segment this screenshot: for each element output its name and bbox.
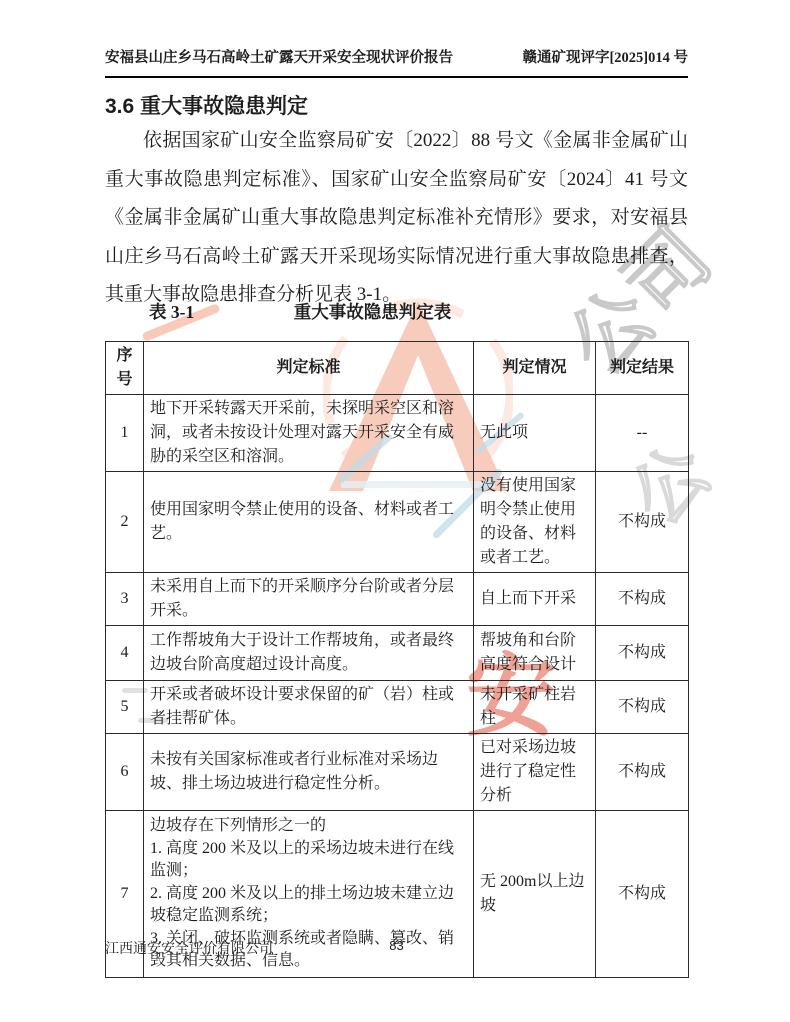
row-no: 2 bbox=[106, 472, 144, 573]
row-situation: 帮坡角和台阶高度符合设计 bbox=[474, 626, 596, 681]
hazard-judgement-table: 序号 判定标准 判定情况 判定结果 1 地下开采转露天开采前，未探明采空区和溶洞… bbox=[105, 341, 689, 978]
row-result: 不构成 bbox=[596, 681, 689, 734]
row-result: 不构成 bbox=[596, 472, 689, 573]
row-no: 1 bbox=[106, 395, 144, 472]
header-report-title: 安福县山庄乡马石高岭土矿露天开采安全现状评价报告 bbox=[105, 46, 453, 67]
page-header: 安福县山庄乡马石高岭土矿露天开采安全现状评价报告 赣通矿现评字[2025]014… bbox=[105, 46, 688, 78]
row-no: 5 bbox=[106, 681, 144, 734]
table-row: 5 开采或者破坏设计要求保留的矿（岩）柱或者挂帮矿体。 未开采矿柱岩柱 不构成 bbox=[106, 681, 689, 734]
row-situation: 自上而下开采 bbox=[474, 573, 596, 626]
row-criteria: 地下开采转露天开采前，未探明采空区和溶洞，或者未按设计处理对露天开采安全有威胁的… bbox=[144, 395, 474, 472]
row-criteria: 使用国家明令禁止使用的设备、材料或者工艺。 bbox=[144, 472, 474, 573]
section-paragraph: 依据国家矿山安全监察局矿安〔2022〕88 号文《金属非金属矿山重大事故隐患判定… bbox=[105, 122, 688, 315]
section-title: 3.6 重大事故隐患判定 bbox=[105, 90, 688, 120]
row-situation: 没有使用国家明令禁止使用的设备、材料或者工艺。 bbox=[474, 472, 596, 573]
row-criteria: 未按有关国家标准或者行业标准对采场边坡、排土场边坡进行稳定性分析。 bbox=[144, 734, 474, 811]
footer-page-number: 83 bbox=[105, 938, 688, 953]
table-row: 6 未按有关国家标准或者行业标准对采场边坡、排土场边坡进行稳定性分析。 已对采场… bbox=[106, 734, 689, 811]
row-result: 不构成 bbox=[596, 573, 689, 626]
table-row: 2 使用国家明令禁止使用的设备、材料或者工艺。 没有使用国家明令禁止使用的设备、… bbox=[106, 472, 689, 573]
table-header-row: 序号 判定标准 判定情况 判定结果 bbox=[106, 342, 689, 395]
row-no: 3 bbox=[106, 573, 144, 626]
header-document-number: 赣通矿现评字[2025]014 号 bbox=[522, 46, 688, 67]
row-criteria: 未采用自上而下的开采顺序分台阶或者分层开采。 bbox=[144, 573, 474, 626]
row-no: 4 bbox=[106, 626, 144, 681]
row-situation: 未开采矿柱岩柱 bbox=[474, 681, 596, 734]
column-header-criteria: 判定标准 bbox=[144, 342, 474, 395]
column-header-no: 序号 bbox=[106, 342, 144, 395]
column-header-result: 判定结果 bbox=[596, 342, 689, 395]
row-criteria: 工作帮坡角大于设计工作帮坡角，或者最终边坡台阶高度超过设计高度。 bbox=[144, 626, 474, 681]
column-header-situation: 判定情况 bbox=[474, 342, 596, 395]
row-situation: 无此项 bbox=[474, 395, 596, 472]
row-situation: 已对采场边坡进行了稳定性分析 bbox=[474, 734, 596, 811]
row-result: 不构成 bbox=[596, 626, 689, 681]
table-row: 4 工作帮坡角大于设计工作帮坡角，或者最终边坡台阶高度超过设计高度。 帮坡角和台… bbox=[106, 626, 689, 681]
document-page: 安福县山庄乡马石高岭土矿露天开采安全现状评价报告 赣通矿现评字[2025]014… bbox=[0, 0, 790, 1022]
row-result: 不构成 bbox=[596, 734, 689, 811]
page-footer: 江西通安安全评价有限公司 83 bbox=[105, 938, 688, 958]
row-criteria: 开采或者破坏设计要求保留的矿（岩）柱或者挂帮矿体。 bbox=[144, 681, 474, 734]
row-no: 6 bbox=[106, 734, 144, 811]
row-result: -- bbox=[596, 395, 689, 472]
table-caption: 表 3-1 重大事故隐患判定表 bbox=[105, 299, 688, 323]
table-caption-title: 重大事故隐患判定表 bbox=[105, 299, 640, 324]
table-row: 1 地下开采转露天开采前，未探明采空区和溶洞，或者未按设计处理对露天开采安全有威… bbox=[106, 395, 689, 472]
table-row: 3 未采用自上而下的开采顺序分台阶或者分层开采。 自上而下开采 不构成 bbox=[106, 573, 689, 626]
